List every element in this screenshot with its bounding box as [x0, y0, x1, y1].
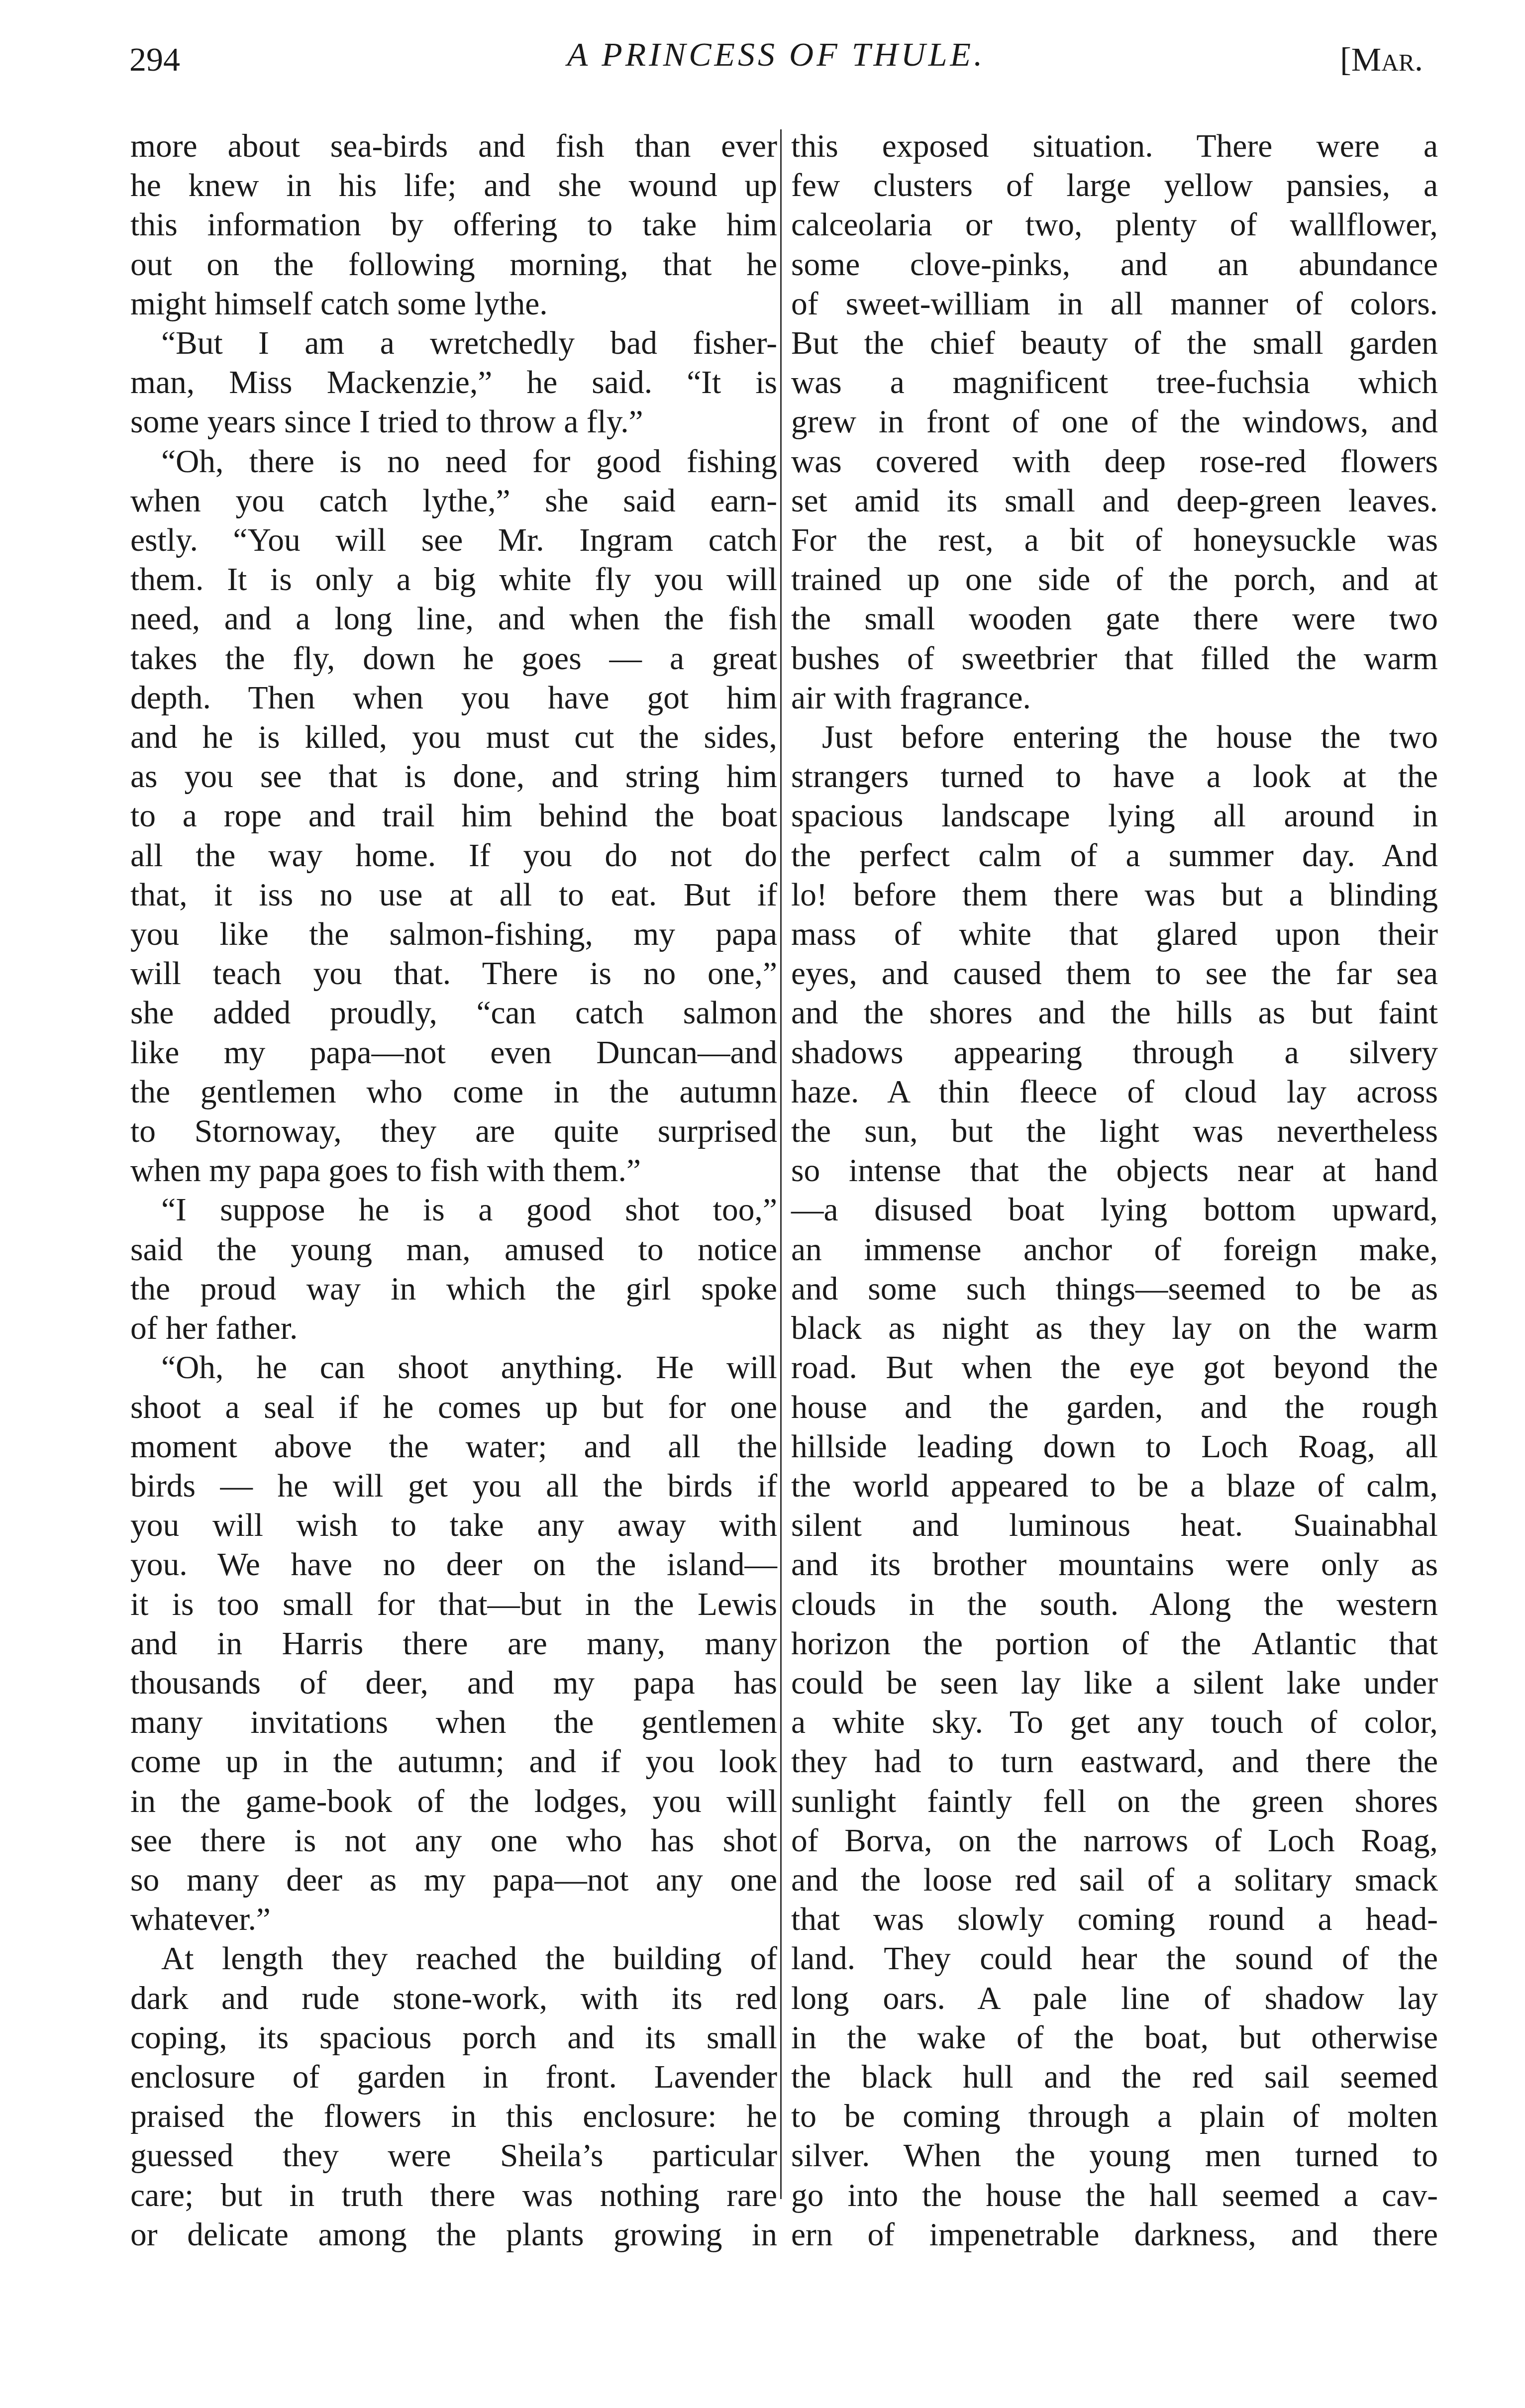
text-line: the black hull and the red sail seemed	[791, 2058, 1438, 2097]
text-line: grew in front of one of the windows, and	[791, 402, 1438, 442]
text-line: of her father.	[130, 1309, 777, 1348]
text-line: that, it iss no use at all to eat. But i…	[130, 876, 777, 915]
text-line: the world appeared to be a blaze of calm…	[791, 1467, 1438, 1506]
text-line: silver. When the young men turned to	[791, 2136, 1438, 2176]
text-line: might himself catch some lythe.	[130, 285, 777, 324]
text-line: you like the salmon-fishing, my papa	[130, 915, 777, 954]
column-divider	[780, 129, 782, 2199]
text-line: “I suppose he is a good shot too,”	[130, 1191, 777, 1230]
running-title: A PRINCESS OF THULE.	[129, 35, 1423, 74]
text-line: “Oh, he can shoot anything. He will	[130, 1348, 777, 1388]
text-line: he knew in his life; and she wound up	[130, 166, 777, 205]
text-line: horizon the portion of the Atlantic that	[791, 1624, 1438, 1664]
right-column: this exposed situation. There were afew …	[791, 127, 1438, 2255]
text-line: enclosure of garden in front. Lavender	[130, 2058, 777, 2097]
text-line: —a disused boat lying bottom upward,	[791, 1191, 1438, 1230]
text-line: For the rest, a bit of honeysuckle was	[791, 521, 1438, 560]
text-line: like my papa—not even Duncan—and	[130, 1033, 777, 1073]
left-column: more about sea-birds and fish than everh…	[130, 127, 777, 2255]
text-line: need, and a long line, and when the fish	[130, 600, 777, 639]
text-line: or delicate among the plants growing in	[130, 2215, 777, 2255]
text-line: was a magnificent tree-fuchsia which	[791, 363, 1438, 402]
text-line: moment above the water; and all the	[130, 1427, 777, 1467]
text-line: road. But when the eye got beyond the	[791, 1348, 1438, 1388]
running-header: 294 A PRINCESS OF THULE. [Mar.	[129, 35, 1423, 90]
text-line: go into the house the hall seemed a cav-	[791, 2176, 1438, 2215]
text-line: takes the fly, down he goes — a great	[130, 639, 777, 679]
text-line: shadows appearing through a silvery	[791, 1033, 1438, 1073]
text-line: will teach you that. There is no one,”	[130, 954, 777, 994]
text-line: and the shores and the hills as but fain…	[791, 994, 1438, 1033]
text-line: set amid its small and deep-green leaves…	[791, 482, 1438, 521]
text-line: and he is killed, you must cut the sides…	[130, 718, 777, 757]
text-line: shoot a seal if he comes up but for one	[130, 1388, 777, 1427]
text-line: ern of impenetrable darkness, and there	[791, 2215, 1438, 2255]
text-line: this information by offering to take him	[130, 205, 777, 245]
text-line: “Oh, there is no need for good fishing	[130, 442, 777, 482]
text-line: a white sky. To get any touch of color,	[791, 1703, 1438, 1742]
text-line: coping, its spacious porch and its small	[130, 2018, 777, 2058]
text-line: said the young man, amused to notice	[130, 1230, 777, 1270]
text-line: come up in the autumn; and if you look	[130, 1742, 777, 1782]
text-line: land. They could hear the sound of the	[791, 1939, 1438, 1979]
text-line: when you catch lythe,” she said earn-	[130, 482, 777, 521]
text-line: lo! before them there was but a blinding	[791, 876, 1438, 915]
text-line: of sweet-william in all manner of colors…	[791, 285, 1438, 324]
text-line: few clusters of large yellow pansies, a	[791, 166, 1438, 205]
text-line: house and the garden, and the rough	[791, 1388, 1438, 1427]
text-line: the gentlemen who come in the autumn	[130, 1073, 777, 1112]
text-line: to a rope and trail him behind the boat	[130, 797, 777, 836]
text-line: to Stornoway, they are quite surprised	[130, 1112, 777, 1151]
text-line: thousands of deer, and my papa has	[130, 1664, 777, 1703]
text-line: an immense anchor of foreign make,	[791, 1230, 1438, 1270]
text-line: Just before entering the house the two	[791, 718, 1438, 757]
text-line: of Borva, on the narrows of Loch Roag,	[791, 1821, 1438, 1861]
text-line: whatever.”	[130, 1900, 777, 1939]
text-line: could be seen lay like a silent lake und…	[791, 1664, 1438, 1703]
text-line: in the game-book of the lodges, you will	[130, 1782, 777, 1821]
text-line: the proud way in which the girl spoke	[130, 1270, 777, 1309]
text-line: air with fragrance.	[791, 679, 1438, 718]
text-line: some clove-pinks, and an abundance	[791, 245, 1438, 285]
text-line: “But I am a wretchedly bad fisher-	[130, 324, 777, 363]
text-line: the perfect calm of a summer day. And	[791, 836, 1438, 876]
text-line: and its brother mountains were only as	[791, 1545, 1438, 1585]
text-line: But the chief beauty of the small garden	[791, 324, 1438, 363]
text-line: birds — he will get you all the birds if	[130, 1467, 777, 1506]
text-line: estly. “You will see Mr. Ingram catch	[130, 521, 777, 560]
text-line: she added proudly, “can catch salmon	[130, 994, 777, 1033]
text-line: you. We have no deer on the island—	[130, 1545, 777, 1585]
text-line: so intense that the objects near at hand	[791, 1151, 1438, 1191]
text-line: long oars. A pale line of shadow lay	[791, 1979, 1438, 2018]
text-line: as you see that is done, and string him	[130, 757, 777, 797]
text-line: it is too small for that—but in the Lewi…	[130, 1585, 777, 1624]
text-line: many invitations when the gentlemen	[130, 1703, 777, 1742]
text-line: the sun, but the light was nevertheless	[791, 1112, 1438, 1151]
text-line: and the loose red sail of a solitary sma…	[791, 1861, 1438, 1900]
text-line: care; but in truth there was nothing rar…	[130, 2176, 777, 2215]
section-mark: [Mar.	[1340, 40, 1423, 79]
text-line: hillside leading down to Loch Roag, all	[791, 1427, 1438, 1467]
text-line: them. It is only a big white fly you wil…	[130, 560, 777, 600]
text-line: and some such things—seemed to be as	[791, 1270, 1438, 1309]
text-line: bushes of sweetbrier that filled the war…	[791, 639, 1438, 679]
text-line: silent and luminous heat. Suainabhal	[791, 1506, 1438, 1545]
text-line: dark and rude stone-work, with its red	[130, 1979, 777, 2018]
text-line: to be coming through a plain of molten	[791, 2097, 1438, 2136]
text-line: man, Miss Mackenzie,” he said. “It is	[130, 363, 777, 402]
text-line: At length they reached the building of	[130, 1939, 777, 1979]
text-line: eyes, and caused them to see the far sea	[791, 954, 1438, 994]
text-line: depth. Then when you have got him	[130, 679, 777, 718]
text-line: more about sea-birds and fish than ever	[130, 127, 777, 166]
text-line: when my papa goes to fish with them.”	[130, 1151, 777, 1191]
text-line: was covered with deep rose-red flowers	[791, 442, 1438, 482]
text-line: spacious landscape lying all around in	[791, 797, 1438, 836]
text-line: guessed they were Sheila’s particular	[130, 2136, 777, 2176]
text-line: trained up one side of the porch, and at	[791, 560, 1438, 600]
text-line: this exposed situation. There were a	[791, 127, 1438, 166]
text-line: in the wake of the boat, but otherwise	[791, 2018, 1438, 2058]
text-line: haze. A thin fleece of cloud lay across	[791, 1073, 1438, 1112]
text-line: they had to turn eastward, and there the	[791, 1742, 1438, 1782]
text-line: strangers turned to have a look at the	[791, 757, 1438, 797]
text-line: all the way home. If you do not do	[130, 836, 777, 876]
text-line: clouds in the south. Along the western	[791, 1585, 1438, 1624]
text-line: you will wish to take any away with	[130, 1506, 777, 1545]
text-line: mass of white that glared upon their	[791, 915, 1438, 954]
text-line: out on the following morning, that he	[130, 245, 777, 285]
text-line: black as night as they lay on the warm	[791, 1309, 1438, 1348]
text-line: praised the flowers in this enclosure: h…	[130, 2097, 777, 2136]
text-line: sunlight faintly fell on the green shore…	[791, 1782, 1438, 1821]
text-line: so many deer as my papa—not any one	[130, 1861, 777, 1900]
text-line: that was slowly coming round a head-	[791, 1900, 1438, 1939]
text-line: the small wooden gate there were two	[791, 600, 1438, 639]
text-line: some years since I tried to throw a fly.…	[130, 402, 777, 442]
text-line: calceolaria or two, plenty of wallflower…	[791, 205, 1438, 245]
text-line: see there is not any one who has shot	[130, 1821, 777, 1861]
text-line: and in Harris there are many, many	[130, 1624, 777, 1664]
